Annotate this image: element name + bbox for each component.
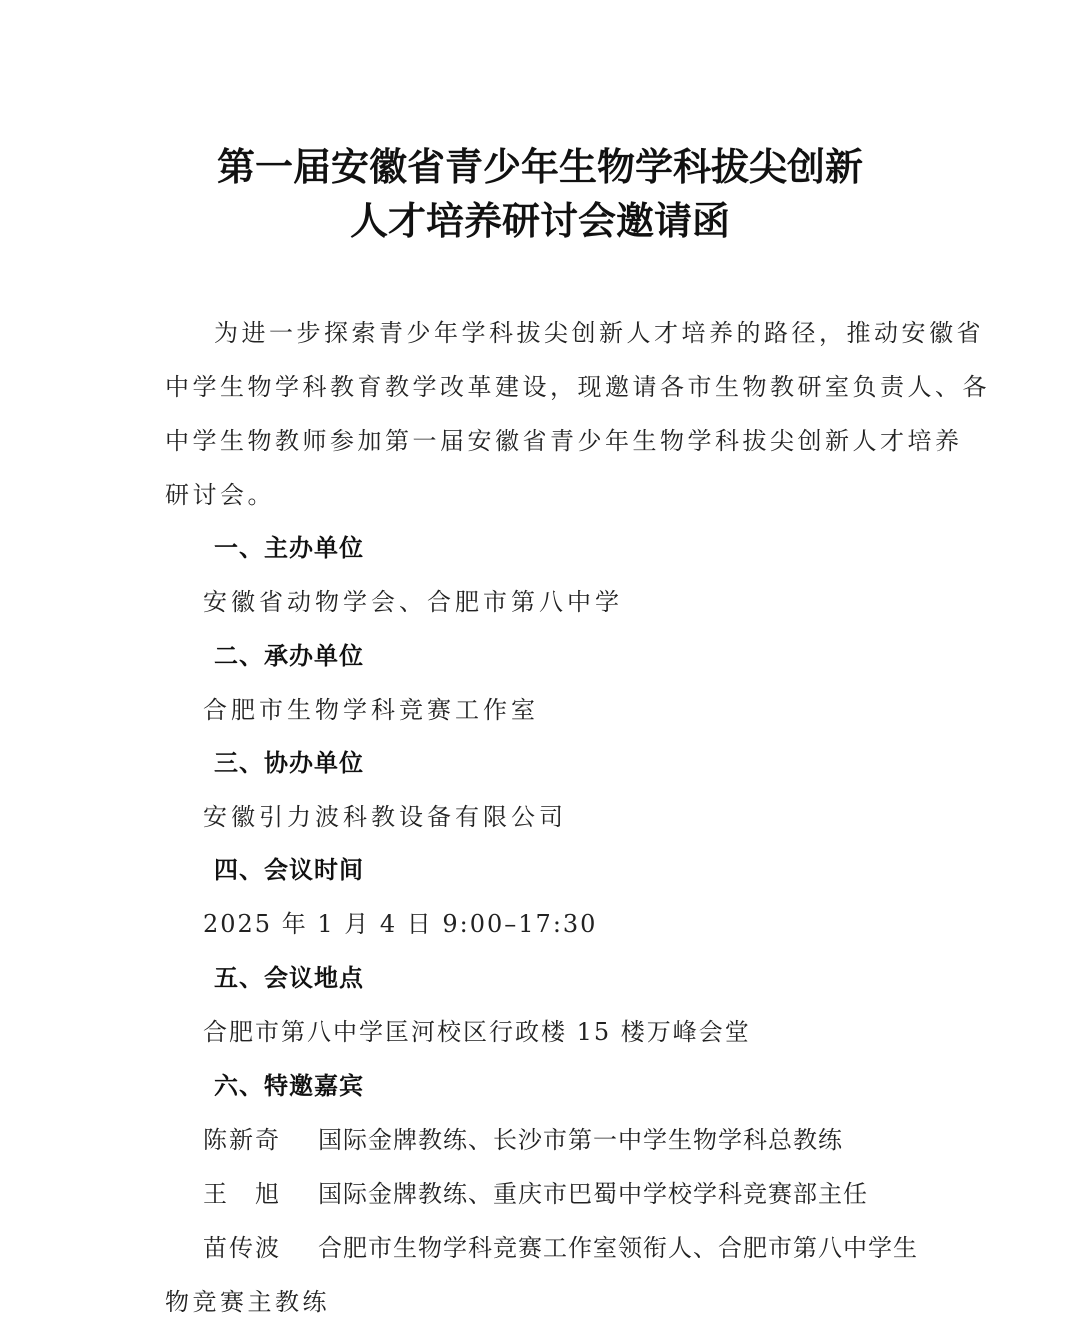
- section-heading-co-organizer: 三、协办单位: [214, 743, 364, 778]
- document-title-line-1: 第一届安徽省青少年生物学科拔尖创新: [0, 136, 1080, 191]
- guest-name-3: 苗传波: [203, 1228, 281, 1263]
- guest-name-1: 陈新奇: [203, 1120, 281, 1155]
- intro-paragraph-line-3: 中学生物教师参加第一届安徽省青少年生物学科拔尖创新人才培养: [165, 421, 925, 456]
- document-title-line-2: 人才培养研讨会邀请函: [0, 190, 1080, 245]
- intro-paragraph-line-4: 研讨会。: [165, 475, 925, 510]
- guest-desc-3: 合肥市生物学科竞赛工作室领衔人、合肥市第八中学生: [318, 1228, 918, 1263]
- section-content-co-organizer: 安徽引力波科教设备有限公司: [203, 797, 567, 832]
- section-heading-venue: 五、会议地点: [214, 958, 364, 993]
- section-heading-guests: 六、特邀嘉宾: [214, 1066, 364, 1101]
- section-content-time: 2025 年 1 月 4 日 9:00–17:30: [203, 904, 597, 939]
- guest-desc-3-continuation: 物竞赛主教练: [165, 1282, 925, 1317]
- intro-paragraph-line-1: 为进一步探索青少年学科拔尖创新人才培养的路径，推动安徽省: [214, 313, 974, 348]
- guest-desc-1: 国际金牌教练、长沙市第一中学生物学科总教练: [318, 1120, 843, 1155]
- section-content-venue: 合肥市第八中学匡河校区行政楼 15 楼万峰会堂: [203, 1012, 751, 1047]
- guest-desc-2: 国际金牌教练、重庆市巴蜀中学校学科竞赛部主任: [318, 1174, 868, 1209]
- section-content-organizer: 合肥市生物学科竞赛工作室: [203, 690, 539, 725]
- section-heading-host: 一、主办单位: [214, 528, 364, 563]
- intro-paragraph-line-2: 中学生物学科教育教学改革建设，现邀请各市生物教研室负责人、各: [165, 367, 925, 402]
- section-content-host: 安徽省动物学会、合肥市第八中学: [203, 582, 623, 617]
- section-heading-time: 四、会议时间: [214, 850, 364, 885]
- guest-name-2: 王 旭: [203, 1174, 281, 1209]
- section-heading-organizer: 二、承办单位: [214, 636, 364, 671]
